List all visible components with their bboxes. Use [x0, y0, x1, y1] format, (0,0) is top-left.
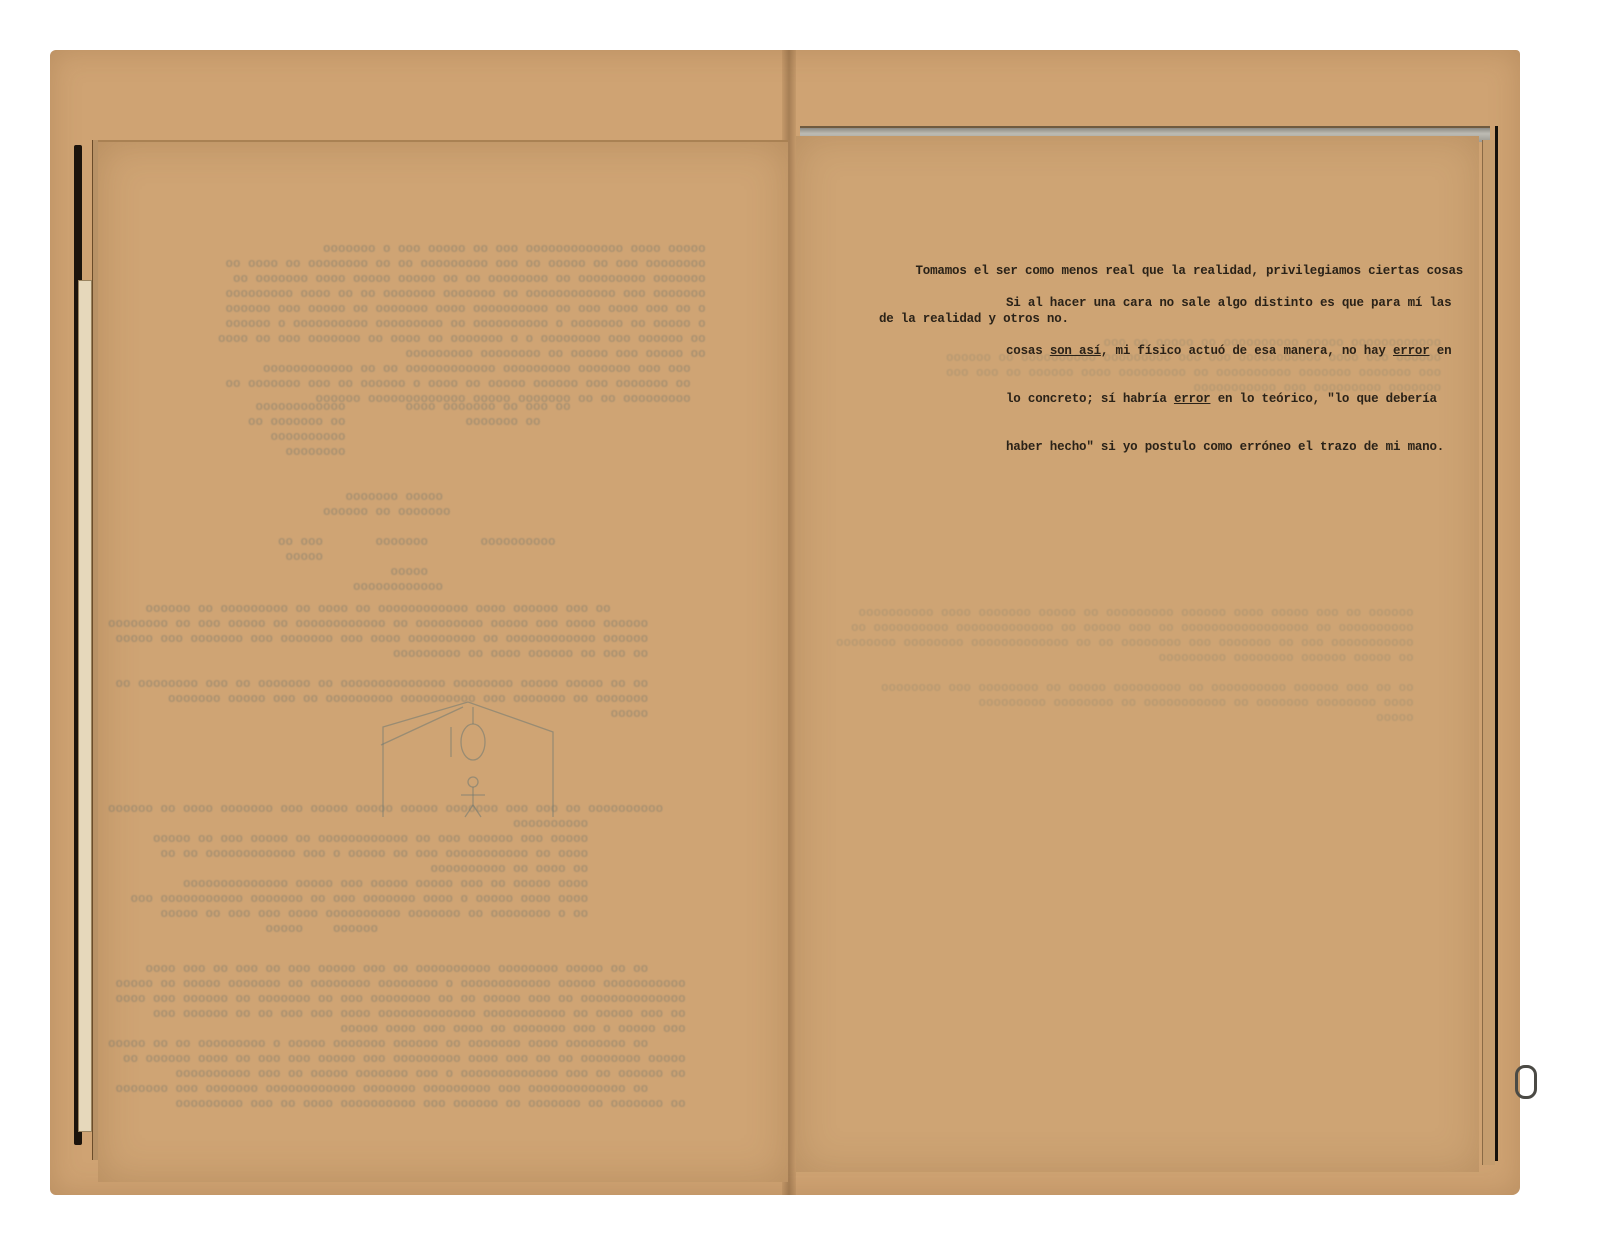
bleed-through-text-right-2: oooooo oo ooo ooooo oooo oooooo oooooooo…	[836, 606, 1414, 726]
bleed-through-text: ooooo oooo ooooooooooooo ooo oo ooooo oo…	[218, 242, 706, 407]
typed-line: haber hecho" si yo postulo como erróneo …	[1006, 439, 1451, 455]
typed-line: lo concreto; sí habría error en lo teóri…	[1006, 391, 1451, 407]
paper-clip-icon	[1515, 1065, 1537, 1099]
bleed-through-text-4: oo oo ooooo oooooooo oooooooooo oo ooo o…	[108, 962, 686, 1112]
right-page: oooooooooooo ooooo oooooooooo oo ooooo o…	[796, 136, 1479, 1172]
typed-line: Si al hacer una cara no sale algo distin…	[1006, 295, 1451, 311]
typed-line: cosas son así, mi físico actuó de esa ma…	[1006, 343, 1451, 359]
bleed-through-diagram: oo ooo oo ooooooo oooo oooooooooooo oo o…	[248, 400, 571, 595]
left-page: ooooo oooo ooooooooooooo ooo oo ooooo oo…	[98, 140, 788, 1182]
right-page-stack-edge	[1482, 140, 1495, 1165]
typed-paragraph-2: Si al hacer una cara no sale algo distin…	[1006, 263, 1451, 487]
bleed-through-text-3: oooooooooo oo ooo ooo ooooooo ooooo oooo…	[108, 802, 663, 937]
right-binding-edge	[1495, 126, 1498, 1161]
left-insert-sheet	[78, 280, 92, 1132]
